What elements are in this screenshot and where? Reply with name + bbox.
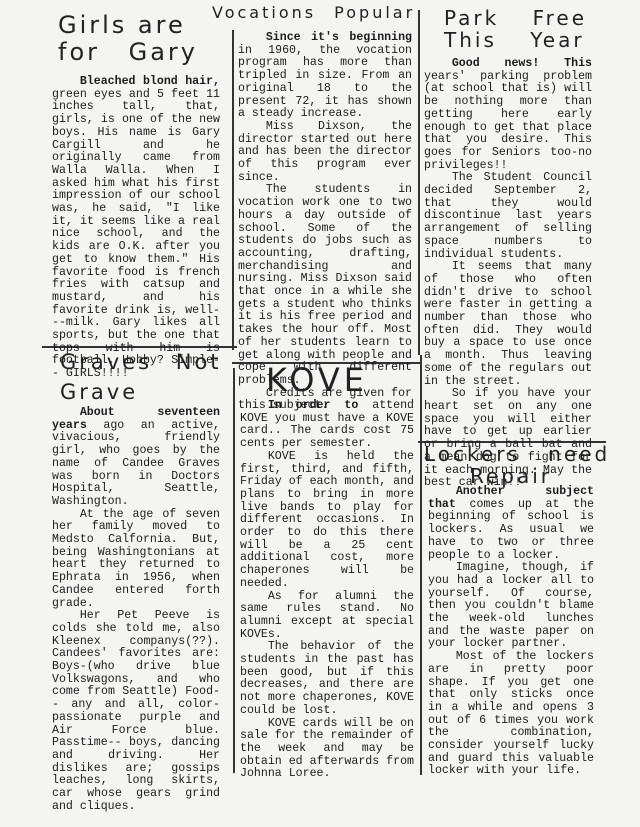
headline: Repair: [470, 466, 552, 486]
article-body: Since it's beginning in 1960, the vocati…: [238, 32, 412, 413]
headline: Park Free: [444, 8, 587, 28]
article-paragraph: In order to attend KOVE you must have a …: [240, 400, 414, 451]
article-body: Bleached blond hair, green eyes and 5 fe…: [52, 76, 220, 381]
article-body: Another subject that comes up at the beg…: [428, 486, 594, 778]
lead-in-text: Bleached blond hair,: [80, 75, 220, 88]
lead-in-text: Another subject that: [428, 485, 594, 511]
article-paragraph: The Student Council decided September 2,…: [424, 172, 592, 261]
article-paragraph: Good news! This years' parking problem (…: [424, 58, 592, 172]
article-paragraph: Miss Dixson, the director started out he…: [238, 121, 412, 185]
article-body: About seventeen years ago an active, viv…: [52, 407, 220, 814]
headline: Graves Not: [60, 352, 222, 373]
article-paragraph: The students in vocation work one to two…: [238, 184, 412, 387]
article-paragraph: Imagine, though, if you had a locker all…: [428, 562, 594, 651]
lead-in-text: Good news! This: [452, 57, 592, 70]
article-paragraph: Bleached blond hair, green eyes and 5 fe…: [52, 76, 220, 381]
column-divider: [420, 355, 422, 775]
column-divider: [418, 10, 420, 355]
column-divider: [232, 30, 234, 350]
article-paragraph: About seventeen years ago an active, viv…: [52, 407, 220, 509]
headline: Girls are: [58, 13, 186, 37]
article-paragraph: KOVE cards will be on sale for the remai…: [240, 718, 414, 782]
lead-in-text: Since it's beginning: [266, 31, 412, 44]
article-body: Good news! This years' parking problem (…: [424, 58, 592, 490]
article-paragraph: At the age of seven her family moved to …: [52, 509, 220, 611]
lead-in-text: About seventeen years: [52, 406, 220, 432]
headline: Grave: [60, 382, 138, 403]
article-paragraph: Her Pet Peeve is colds she told me, also…: [52, 610, 220, 813]
headline: This Year: [444, 30, 585, 50]
headline: for Gary: [58, 40, 198, 64]
article-paragraph: Another subject that comes up at the beg…: [428, 486, 594, 562]
article-paragraph: As for alumni the same rules stand. No a…: [240, 591, 414, 642]
lead-in-text: In order to: [268, 399, 372, 412]
article-paragraph: Most of the lockers are in pretty poor s…: [428, 651, 594, 778]
article-paragraph: It seems that many of those who often di…: [424, 261, 592, 388]
column-divider: [233, 368, 235, 773]
article-paragraph: The behavior of the students in the past…: [240, 641, 414, 717]
newspaper-page: Girls are for Gary Bleached blond hair, …: [0, 0, 640, 827]
headline: KOVE: [266, 364, 368, 396]
headline: Vocations Popular: [212, 5, 415, 21]
article-body: In order to attend KOVE you must have a …: [240, 400, 414, 781]
headline: Lockers need: [424, 444, 610, 464]
article-paragraph: Since it's beginning in 1960, the vocati…: [238, 32, 412, 121]
article-paragraph: KOVE is held the first, third, and fifth…: [240, 451, 414, 591]
